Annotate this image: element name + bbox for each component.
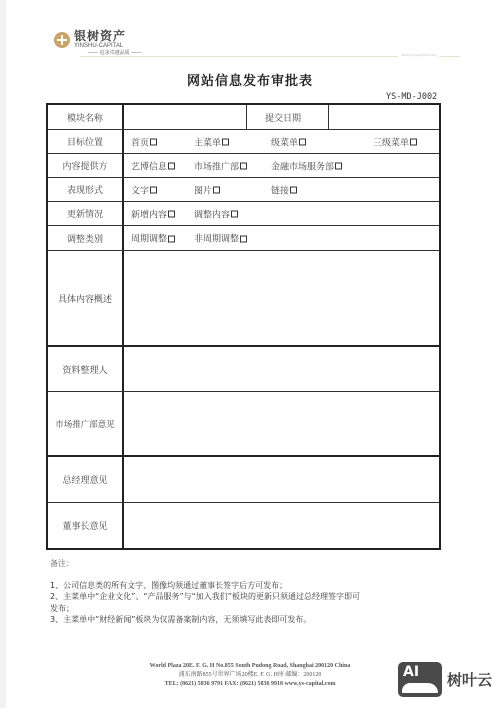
option-new-content[interactable]: 新增内容 bbox=[131, 207, 175, 220]
company-logo: 银树资产 YINSHU-CAPITAL —— 追求卓越品质 —— bbox=[54, 30, 141, 57]
option-periodic-adjust[interactable]: 周期调整 bbox=[131, 232, 175, 245]
row-content-provider: 内容提供方 艺博信息 市场推广部 金融市场服务部 bbox=[48, 154, 439, 178]
checkbox-icon[interactable] bbox=[168, 235, 175, 242]
checkbox-icon[interactable] bbox=[150, 187, 157, 194]
page-title: 网站信息发布审批表 bbox=[0, 70, 500, 89]
marketing-opinion-label: 市场推广部意见 bbox=[48, 392, 124, 455]
option-text[interactable]: 文字 bbox=[131, 183, 157, 196]
row-module-name: 模块名称 提交日期 bbox=[48, 105, 439, 130]
target-position-label: 目标位置 bbox=[48, 130, 124, 153]
option-sub-menu[interactable]: 级菜单 bbox=[271, 135, 306, 148]
logo-emblem-icon bbox=[54, 32, 70, 48]
logo-cn: 银树资产 bbox=[74, 30, 141, 43]
option-adjust-content[interactable]: 调整内容 bbox=[194, 207, 238, 220]
note-item: 3、主菜单中“财经新闻”板块为仅需备案制内容，无须填写此表即可发布。 bbox=[50, 614, 360, 626]
header-url: www.ys-capital.com bbox=[398, 52, 439, 57]
row-target-position: 目标位置 首页 主菜单 级菜单 三级菜单 bbox=[48, 130, 439, 154]
chairman-opinion-field[interactable] bbox=[124, 503, 439, 548]
document-code: YS-MD-J002 bbox=[386, 92, 437, 102]
note-item: 1、公司信息类的所有文字、图像均须通过董事长签字后方可发布； bbox=[50, 580, 360, 592]
checkbox-icon[interactable] bbox=[168, 163, 175, 170]
row-adjust-type: 调整类别 周期调整 非周期调整 bbox=[48, 226, 439, 251]
option-marketing-dept[interactable]: 市场推广部 bbox=[194, 159, 247, 172]
compiler-label: 资料整理人 bbox=[48, 347, 124, 391]
checkbox-icon[interactable] bbox=[222, 139, 229, 146]
gm-opinion-label: 总经理意见 bbox=[48, 457, 124, 502]
module-name-field[interactable] bbox=[124, 105, 247, 129]
row-chairman-opinion: 董事长意见 bbox=[48, 503, 439, 548]
note-item: 2、主菜单中“企业文化”、“产品服务”与“加入我们”板块的更新只须通过总经理签字… bbox=[50, 591, 360, 603]
option-non-periodic-adjust[interactable]: 非周期调整 bbox=[194, 232, 247, 245]
row-presentation: 表现形式 文字 图片 链接 bbox=[48, 178, 439, 202]
watermark-text: 树叶云 bbox=[447, 669, 492, 690]
option-financial-services-dept[interactable]: 金融市场服务部 bbox=[271, 159, 342, 172]
checkbox-icon[interactable] bbox=[240, 235, 247, 242]
option-yibo-info[interactable]: 艺博信息 bbox=[131, 159, 175, 172]
checkbox-icon[interactable] bbox=[213, 187, 220, 194]
checkbox-icon[interactable] bbox=[335, 163, 342, 170]
logo-en: YINSHU-CAPITAL bbox=[74, 43, 141, 50]
checkbox-icon[interactable] bbox=[410, 139, 417, 146]
module-name-label: 模块名称 bbox=[48, 105, 124, 129]
row-compiler: 资料整理人 bbox=[48, 347, 439, 392]
option-main-menu[interactable]: 主菜单 bbox=[194, 135, 229, 148]
watermark: AI 树叶云 bbox=[398, 662, 492, 697]
content-summary-label: 具体内容概述 bbox=[48, 251, 124, 345]
adjust-type-label: 调整类别 bbox=[48, 226, 124, 250]
checkbox-icon[interactable] bbox=[299, 139, 306, 146]
notes-heading: 备注： bbox=[50, 558, 360, 570]
chairman-opinion-label: 董事长意见 bbox=[48, 503, 124, 548]
update-status-label: 更新情况 bbox=[48, 202, 124, 225]
option-third-level-menu[interactable]: 三级菜单 bbox=[373, 135, 417, 148]
checkbox-icon[interactable] bbox=[231, 211, 238, 218]
row-update-status: 更新情况 新增内容 调整内容 bbox=[48, 202, 439, 226]
notes-section: 备注： 1、公司信息类的所有文字、图像均须通过董事长签字后方可发布； 2、主菜单… bbox=[50, 558, 360, 626]
content-provider-label: 内容提供方 bbox=[48, 154, 124, 177]
gm-opinion-field[interactable] bbox=[124, 457, 439, 502]
row-content-summary: 具体内容概述 bbox=[48, 251, 439, 347]
submit-date-label: 提交日期 bbox=[247, 105, 329, 129]
checkbox-icon[interactable] bbox=[150, 139, 157, 146]
option-image[interactable]: 图片 bbox=[194, 183, 220, 196]
note-item: 发布； bbox=[50, 603, 360, 615]
compiler-field[interactable] bbox=[124, 347, 439, 391]
marketing-opinion-field[interactable] bbox=[124, 392, 439, 455]
presentation-label: 表现形式 bbox=[48, 178, 124, 201]
checkbox-icon[interactable] bbox=[168, 211, 175, 218]
option-link[interactable]: 链接 bbox=[271, 183, 297, 196]
checkbox-icon[interactable] bbox=[290, 187, 297, 194]
row-gm-opinion: 总经理意见 bbox=[48, 457, 439, 503]
content-summary-field[interactable] bbox=[124, 251, 439, 345]
row-marketing-opinion: 市场推广部意见 bbox=[48, 392, 439, 457]
option-homepage[interactable]: 首页 bbox=[131, 135, 157, 148]
ai-image-icon: AI bbox=[398, 662, 442, 697]
checkbox-icon[interactable] bbox=[240, 163, 247, 170]
approval-form: 模块名称 提交日期 目标位置 首页 主菜单 级菜单 三级菜单 内容提供方 艺博信… bbox=[46, 103, 441, 550]
submit-date-field[interactable] bbox=[329, 105, 439, 129]
